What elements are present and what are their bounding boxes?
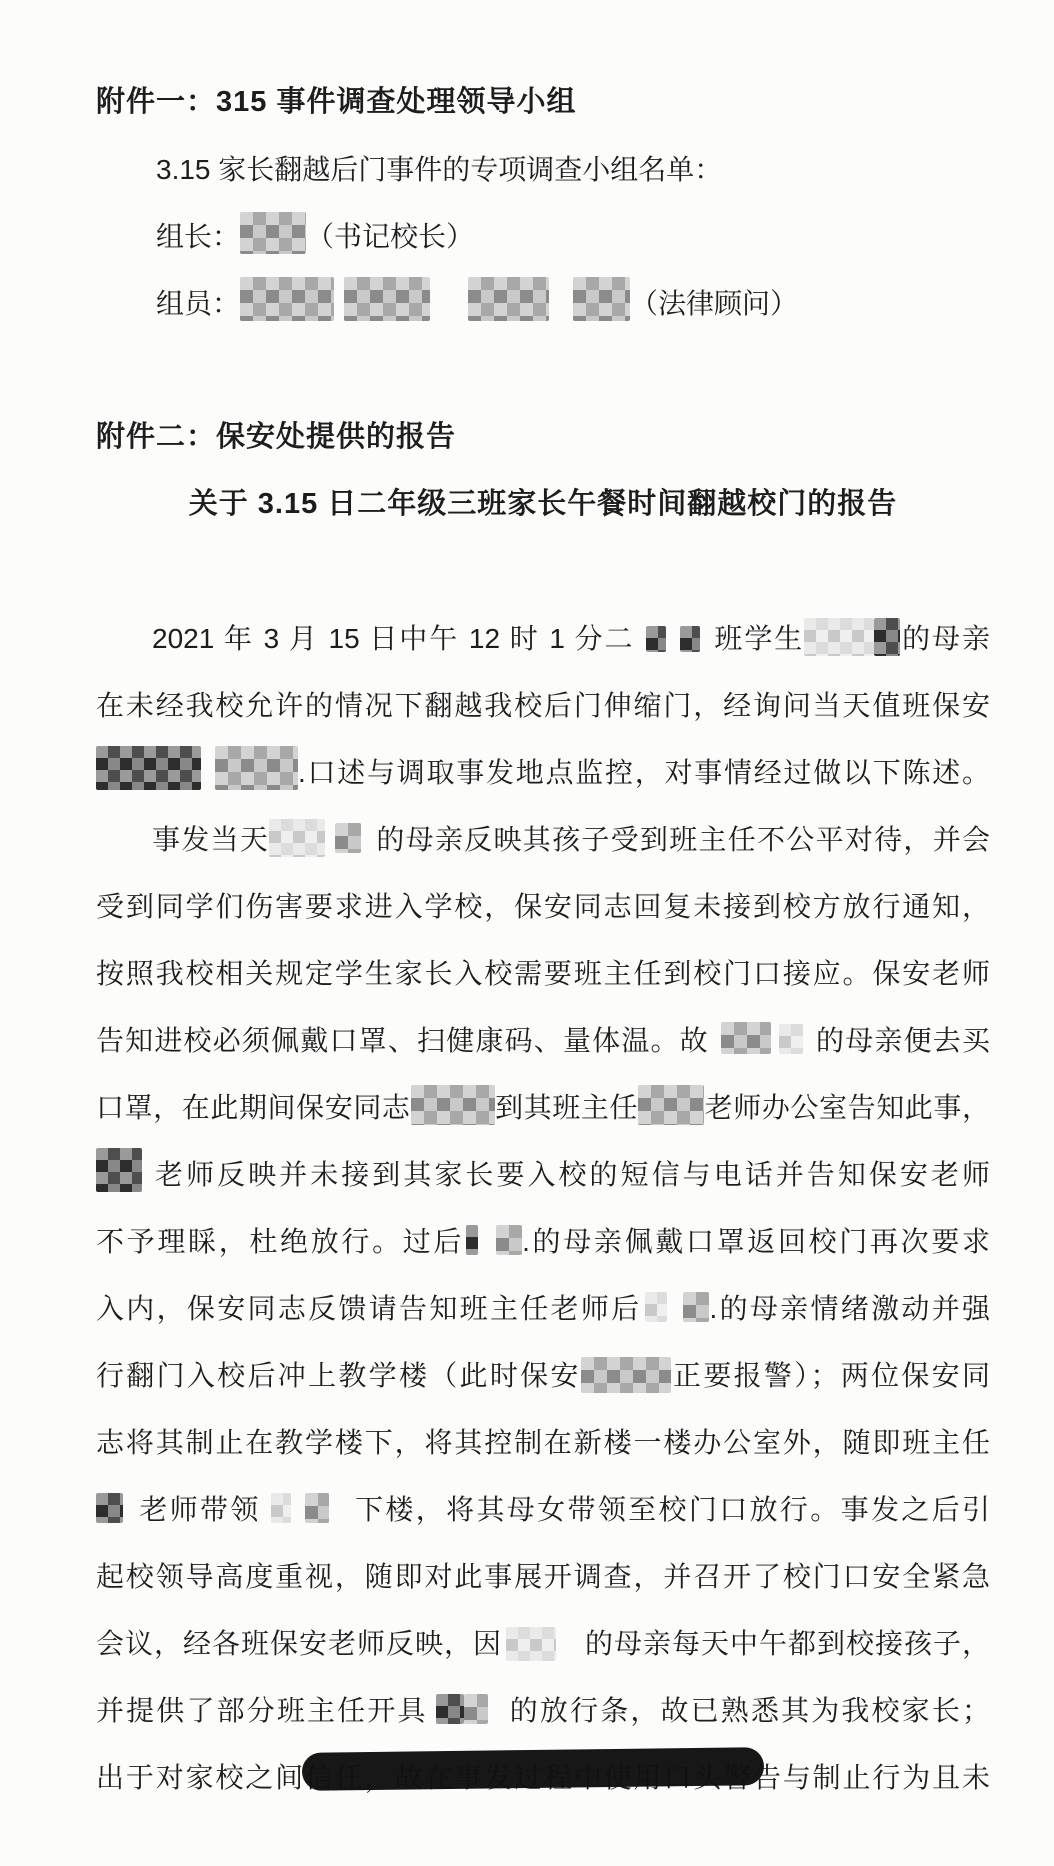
- redacted-text-block: [468, 277, 549, 321]
- redacted-text-block: [271, 1493, 291, 1523]
- report-line: 受到同学们伤害要求进入学校，保安同志回复未接到校方放行通知，: [96, 873, 990, 940]
- redacted-text-block: [411, 1085, 495, 1125]
- redacted-text-block: [335, 823, 361, 853]
- redacted-text-block: [638, 1085, 704, 1125]
- report-line: 起校领导高度重视，随即对此事展开调查，并召开了校门口安全紧急: [96, 1543, 990, 1610]
- redacted-text-block: [496, 1225, 522, 1255]
- report-line: 不予理睬，杜绝放行。过后.的母亲佩戴口罩返回校门再次要求: [96, 1208, 990, 1275]
- report-line: 在未经我校允许的情况下翻越我校后门伸缩门，经询问当天值班保安: [96, 672, 990, 739]
- redacted-text-block: [215, 746, 298, 790]
- redacted-text-block: [96, 1148, 142, 1192]
- redacted-text-block: [874, 618, 900, 656]
- redacted-text-block: [466, 1225, 478, 1255]
- team-leader-line: 组长：（书记校长）: [96, 203, 990, 270]
- redacted-text-block: [240, 277, 334, 321]
- report-line: 行翻门入校后冲上教学楼（此时保安正要报警）；两位保安同: [96, 1342, 990, 1409]
- report-line: 按照我校相关规定学生家长入校需要班主任到校门口接应。保安老师: [96, 940, 990, 1007]
- redacted-text-block: [96, 1493, 123, 1523]
- redacted-text-block: [96, 746, 201, 790]
- team-list-intro: 3.15 家长翻越后门事件的专项调查小组名单：: [96, 136, 990, 203]
- spacer: [96, 538, 990, 605]
- report-line: 老师带领下楼，将其母女带领至校门口放行。事发之后引: [96, 1476, 990, 1543]
- redacted-text-block: [645, 1292, 667, 1322]
- report-line: 口罩，在此期间保安同志到其班主任老师办公室告知此事，: [96, 1074, 990, 1141]
- redacted-text-block: [646, 626, 666, 652]
- report-line: 事发当天的母亲反映其孩子受到班主任不公平对待，并会: [96, 806, 990, 873]
- redacted-text-block: [506, 1627, 556, 1661]
- redacted-text-block: [269, 819, 325, 857]
- report-line: 告知进校必须佩戴口罩、扫健康码、量体温。故的母亲便去买: [96, 1007, 990, 1074]
- redacted-text-block: [804, 618, 874, 656]
- redacted-text-block: [779, 1024, 803, 1054]
- redacted-text-block: [683, 1292, 709, 1322]
- redacted-text-block: [680, 626, 700, 652]
- ink-redaction-bar: [302, 1747, 764, 1791]
- report-line: 会议，经各班保安老师反映，因的母亲每天中午都到校接孩子，: [96, 1610, 990, 1677]
- redacted-text-block: [464, 1694, 488, 1724]
- document-page: 附件一：315 事件调查处理领导小组3.15 家长翻越后门事件的专项调查小组名单…: [0, 0, 1054, 1866]
- redacted-text-block: [721, 1022, 771, 1054]
- spacer: [96, 337, 990, 404]
- report-line: 2021 年 3 月 15 日中午 12 时 1 分二班学生的母亲: [96, 605, 990, 672]
- redacted-text-block: [344, 277, 430, 321]
- report-title: 关于 3.15 日二年级三班家长午餐时间翻越校门的报告: [96, 471, 990, 538]
- report-line: 入内，保安同志反馈请告知班主任老师后.的母亲情绪激动并强: [96, 1275, 990, 1342]
- team-members-line: 组员：（法律顾问）: [96, 270, 990, 337]
- redacted-text-block: [581, 1357, 671, 1393]
- attachment2-heading: 附件二：保安处提供的报告: [96, 404, 990, 471]
- attachment1-heading: 附件一：315 事件调查处理领导小组: [96, 69, 990, 136]
- report-line: 老师反映并未接到其家长要入校的短信与电话并告知保安老师: [96, 1141, 990, 1208]
- redacted-text-block: [240, 212, 306, 254]
- report-line: 并提供了部分班主任开具的放行条，故已熟悉其为我校家长；: [96, 1677, 990, 1744]
- report-line: .口述与调取事发地点监控，对事情经过做以下陈述。: [96, 739, 990, 806]
- redacted-text-block: [436, 1694, 464, 1724]
- report-line: 志将其制止在教学楼下，将其控制在新楼一楼办公室外，随即班主任: [96, 1409, 990, 1476]
- redacted-text-block: [573, 277, 630, 321]
- redacted-text-block: [305, 1493, 329, 1523]
